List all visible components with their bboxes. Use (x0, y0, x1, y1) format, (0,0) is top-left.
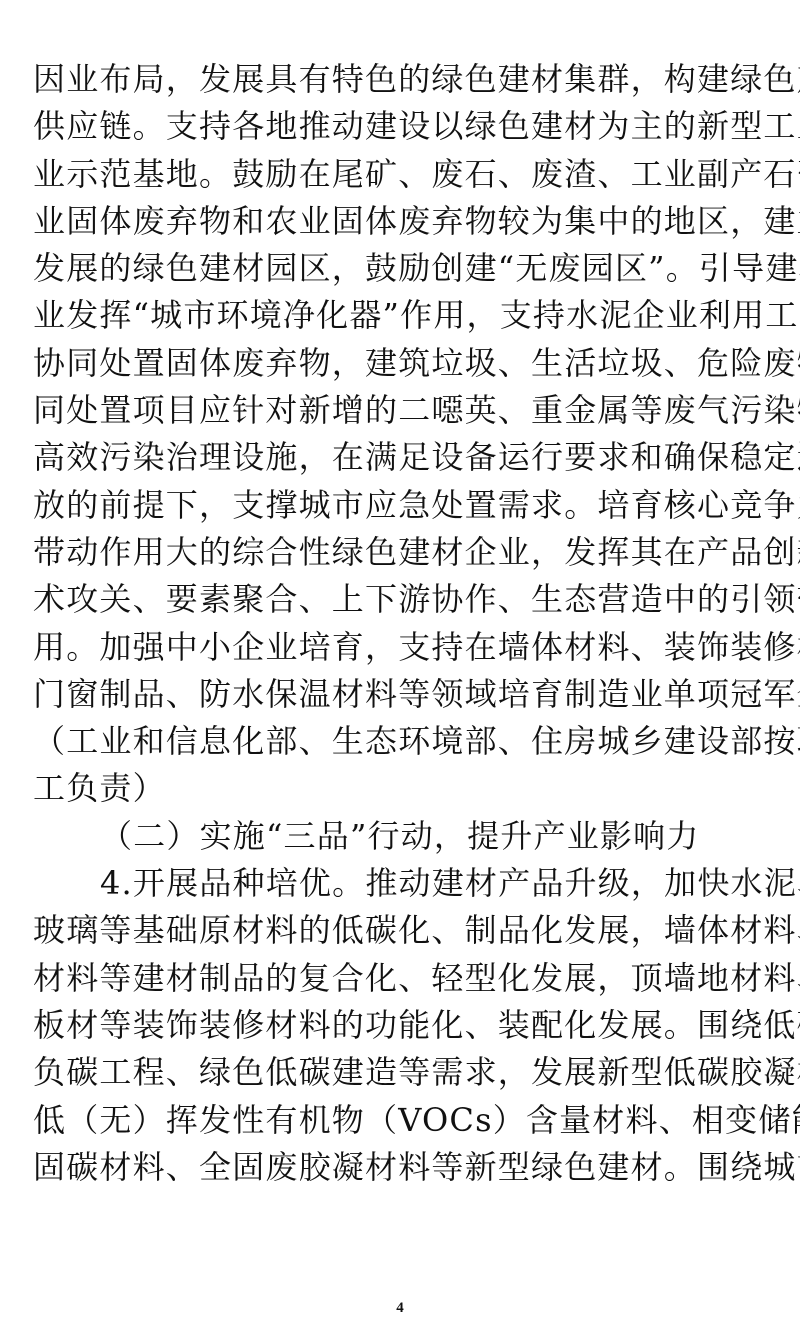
text-line: 因业布局，发展具有特色的绿色建材集群，构建绿色产业链、 (33, 56, 773, 103)
page-number: 4 (0, 1300, 800, 1317)
section-heading: （二）实施“三品”行动，提升产业影响力 (33, 813, 773, 860)
text-line: 协同处置固体废弃物，建筑垃圾、生活垃圾、危险废物的协 (33, 340, 773, 387)
text-line: 带动作用大的综合性绿色建材企业，发挥其在产品创新、技 (33, 529, 773, 576)
text-line: 低（无）挥发性有机物（VOCs）含量材料、相变储能材料、 (33, 1097, 773, 1144)
text-line: 业示范基地。鼓励在尾矿、废石、废渣、工业副产石膏等工 (33, 151, 773, 198)
text-line: 固碳材料、全固废胶凝材料等新型绿色建材。围绕城市更新 (33, 1144, 773, 1191)
text-line: 用。加强中小企业培育，支持在墙体材料、装饰装修材料、 (33, 624, 773, 671)
text-line: 负碳工程、绿色低碳建造等需求，发展新型低碳胶凝材料、 (33, 1049, 773, 1096)
text-line: 同处置项目应针对新增的二噁英、重金属等废气污染物配套 (33, 387, 773, 434)
item-heading-line: 4.开展品种培优。推动建材产品升级，加快水泥、平板 (33, 860, 773, 907)
text-line: 高效污染治理设施，在满足设备运行要求和确保稳定达标排 (33, 434, 773, 481)
text-line: 板材等装饰装修材料的功能化、装配化发展。围绕低碳零碳 (33, 1002, 773, 1049)
text-line: 术攻关、要素聚合、上下游协作、生态营造中的引领带动作 (33, 576, 773, 623)
text-line: 供应链。支持各地推动建设以绿色建材为主的新型工业化产 (33, 103, 773, 150)
text-line: 业固体废弃物和农业固体废弃物较为集中的地区，建立耦合 (33, 198, 773, 245)
text-line: 材料等建材制品的复合化、轻型化发展，顶墙地材料、装饰 (33, 955, 773, 1002)
text-line: 放的前提下，支撑城市应急处置需求。培育核心竞争力强、 (33, 482, 773, 529)
responsible-departments-line: （工业和信息化部、生态环境部、住房城乡建设部按职责分 (33, 718, 773, 765)
responsible-departments-line: 工负责） (33, 765, 773, 812)
document-page: 因业布局，发展具有特色的绿色建材集群，构建绿色产业链、 供应链。支持各地推动建设… (0, 0, 800, 1334)
text-line: 业发挥“城市环境净化器”作用，支持水泥企业利用工业窑炉 (33, 292, 773, 339)
text-line: 门窗制品、防水保温材料等领域培育制造业单项冠军企业。 (33, 671, 773, 718)
text-line: 发展的绿色建材园区，鼓励创建“无废园区”。引导建材企 (33, 245, 773, 292)
text-line: 玻璃等基础原材料的低碳化、制品化发展，墙体材料、保温 (33, 907, 773, 954)
body-text: 因业布局，发展具有特色的绿色建材集群，构建绿色产业链、 供应链。支持各地推动建设… (33, 56, 773, 1191)
